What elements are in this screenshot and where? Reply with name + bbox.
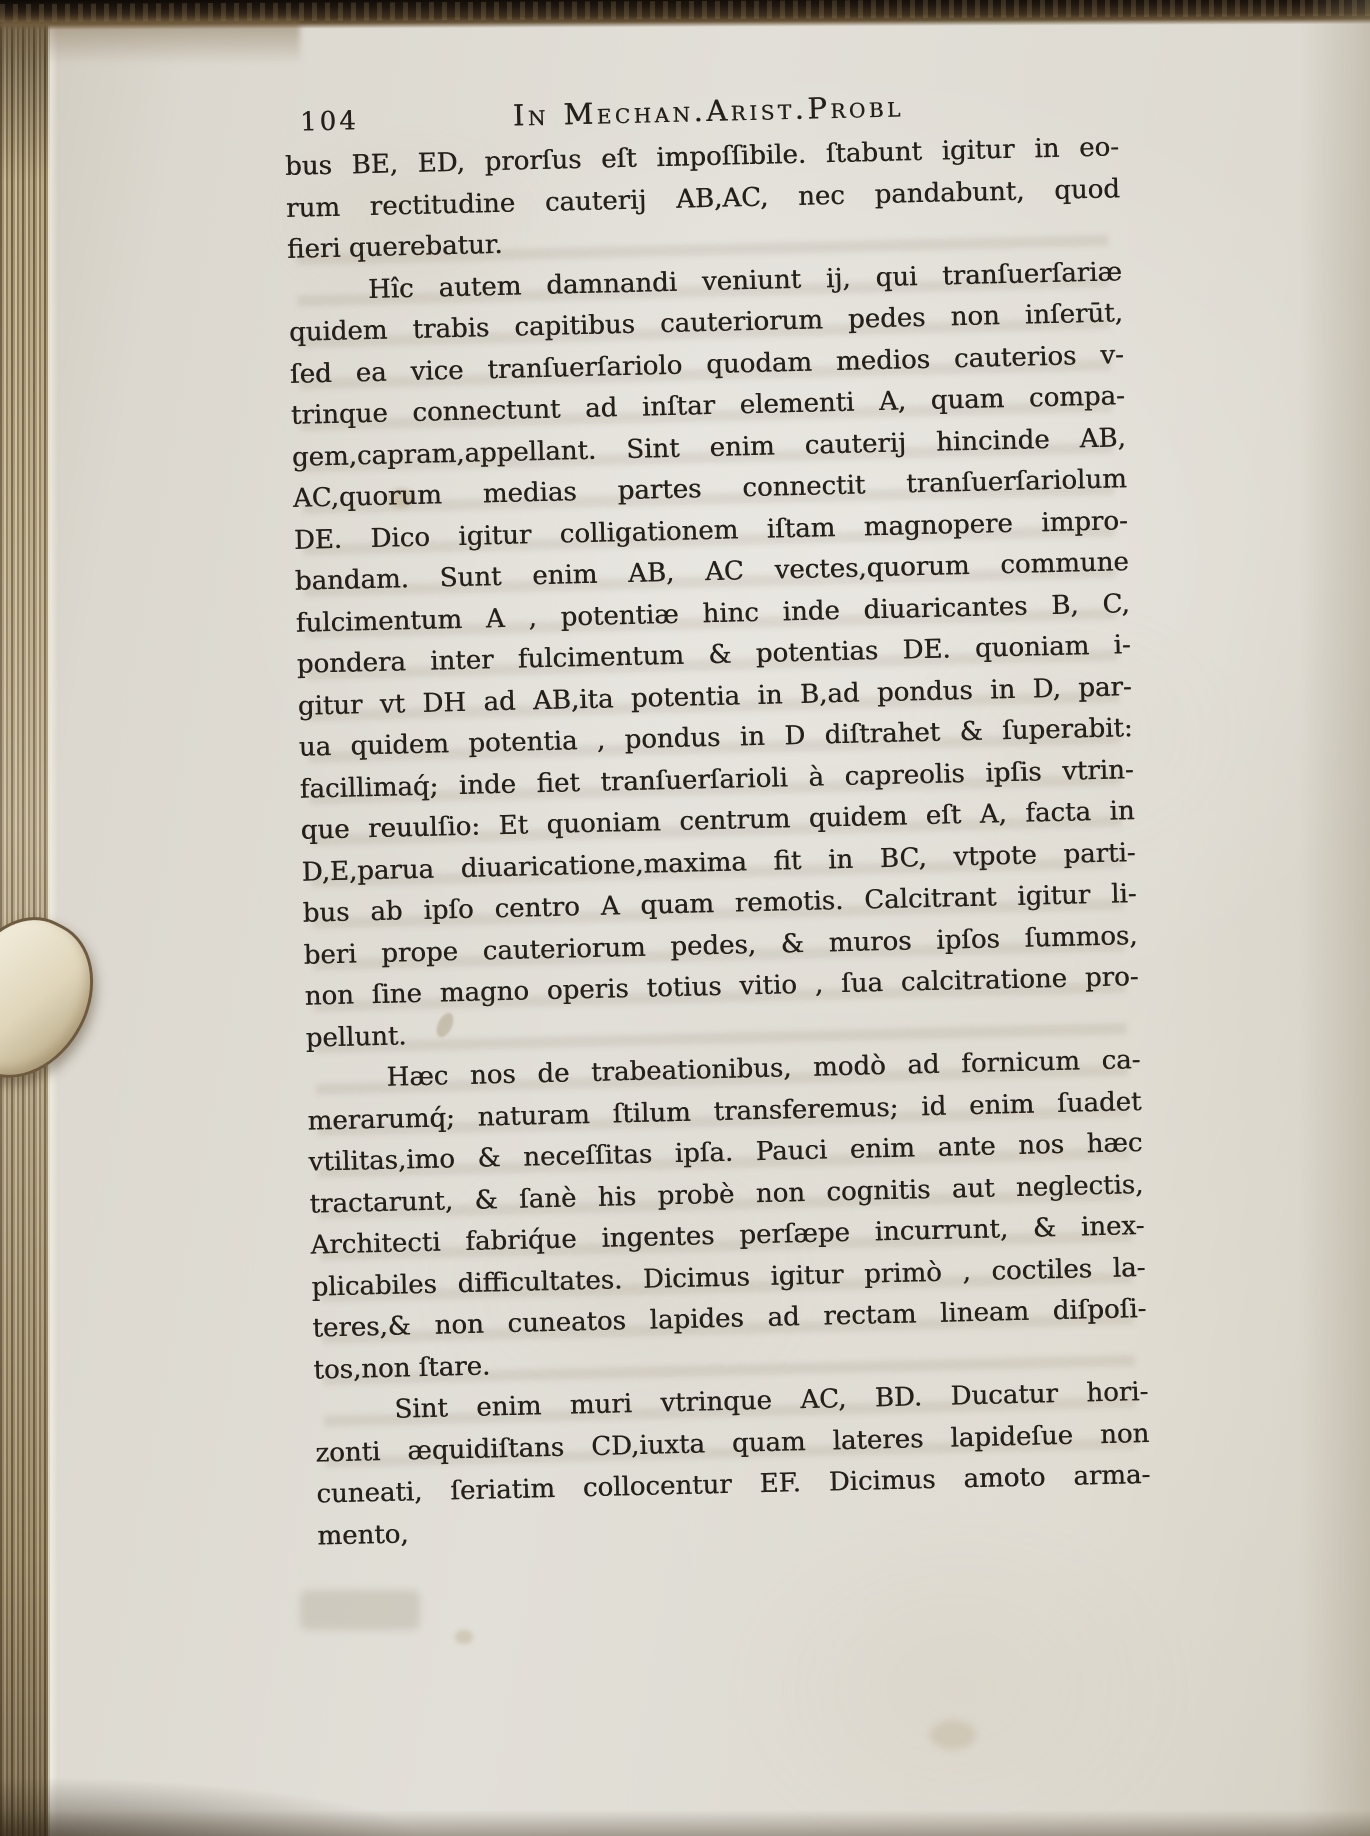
page-number: 104	[300, 101, 360, 144]
paragraph: Sint enim muri vtrinque AC, BD. Ducatur …	[314, 1372, 1151, 1516]
paper-stain	[930, 1720, 976, 1750]
printed-text-block: 104 In Mechan.Arist.Probl bus BE, ED, pr…	[284, 81, 1152, 1557]
book-photo: { "colors": { "paper": "#dedad1", "ink":…	[0, 0, 1370, 1836]
paragraph: Hæc nos de trabeationibus, modò ad forni…	[306, 1040, 1148, 1392]
paragraph: Hîc autem damnandi veniunt ij, qui tranſ…	[288, 252, 1140, 1060]
paper-stain	[455, 1630, 473, 1644]
book-top-edge-texture	[0, 0, 1370, 22]
page-edge-highlight	[48, 0, 58, 1836]
paragraph: bus BE, ED, prorſus eſt impoſſibile. ſta…	[285, 127, 1122, 271]
